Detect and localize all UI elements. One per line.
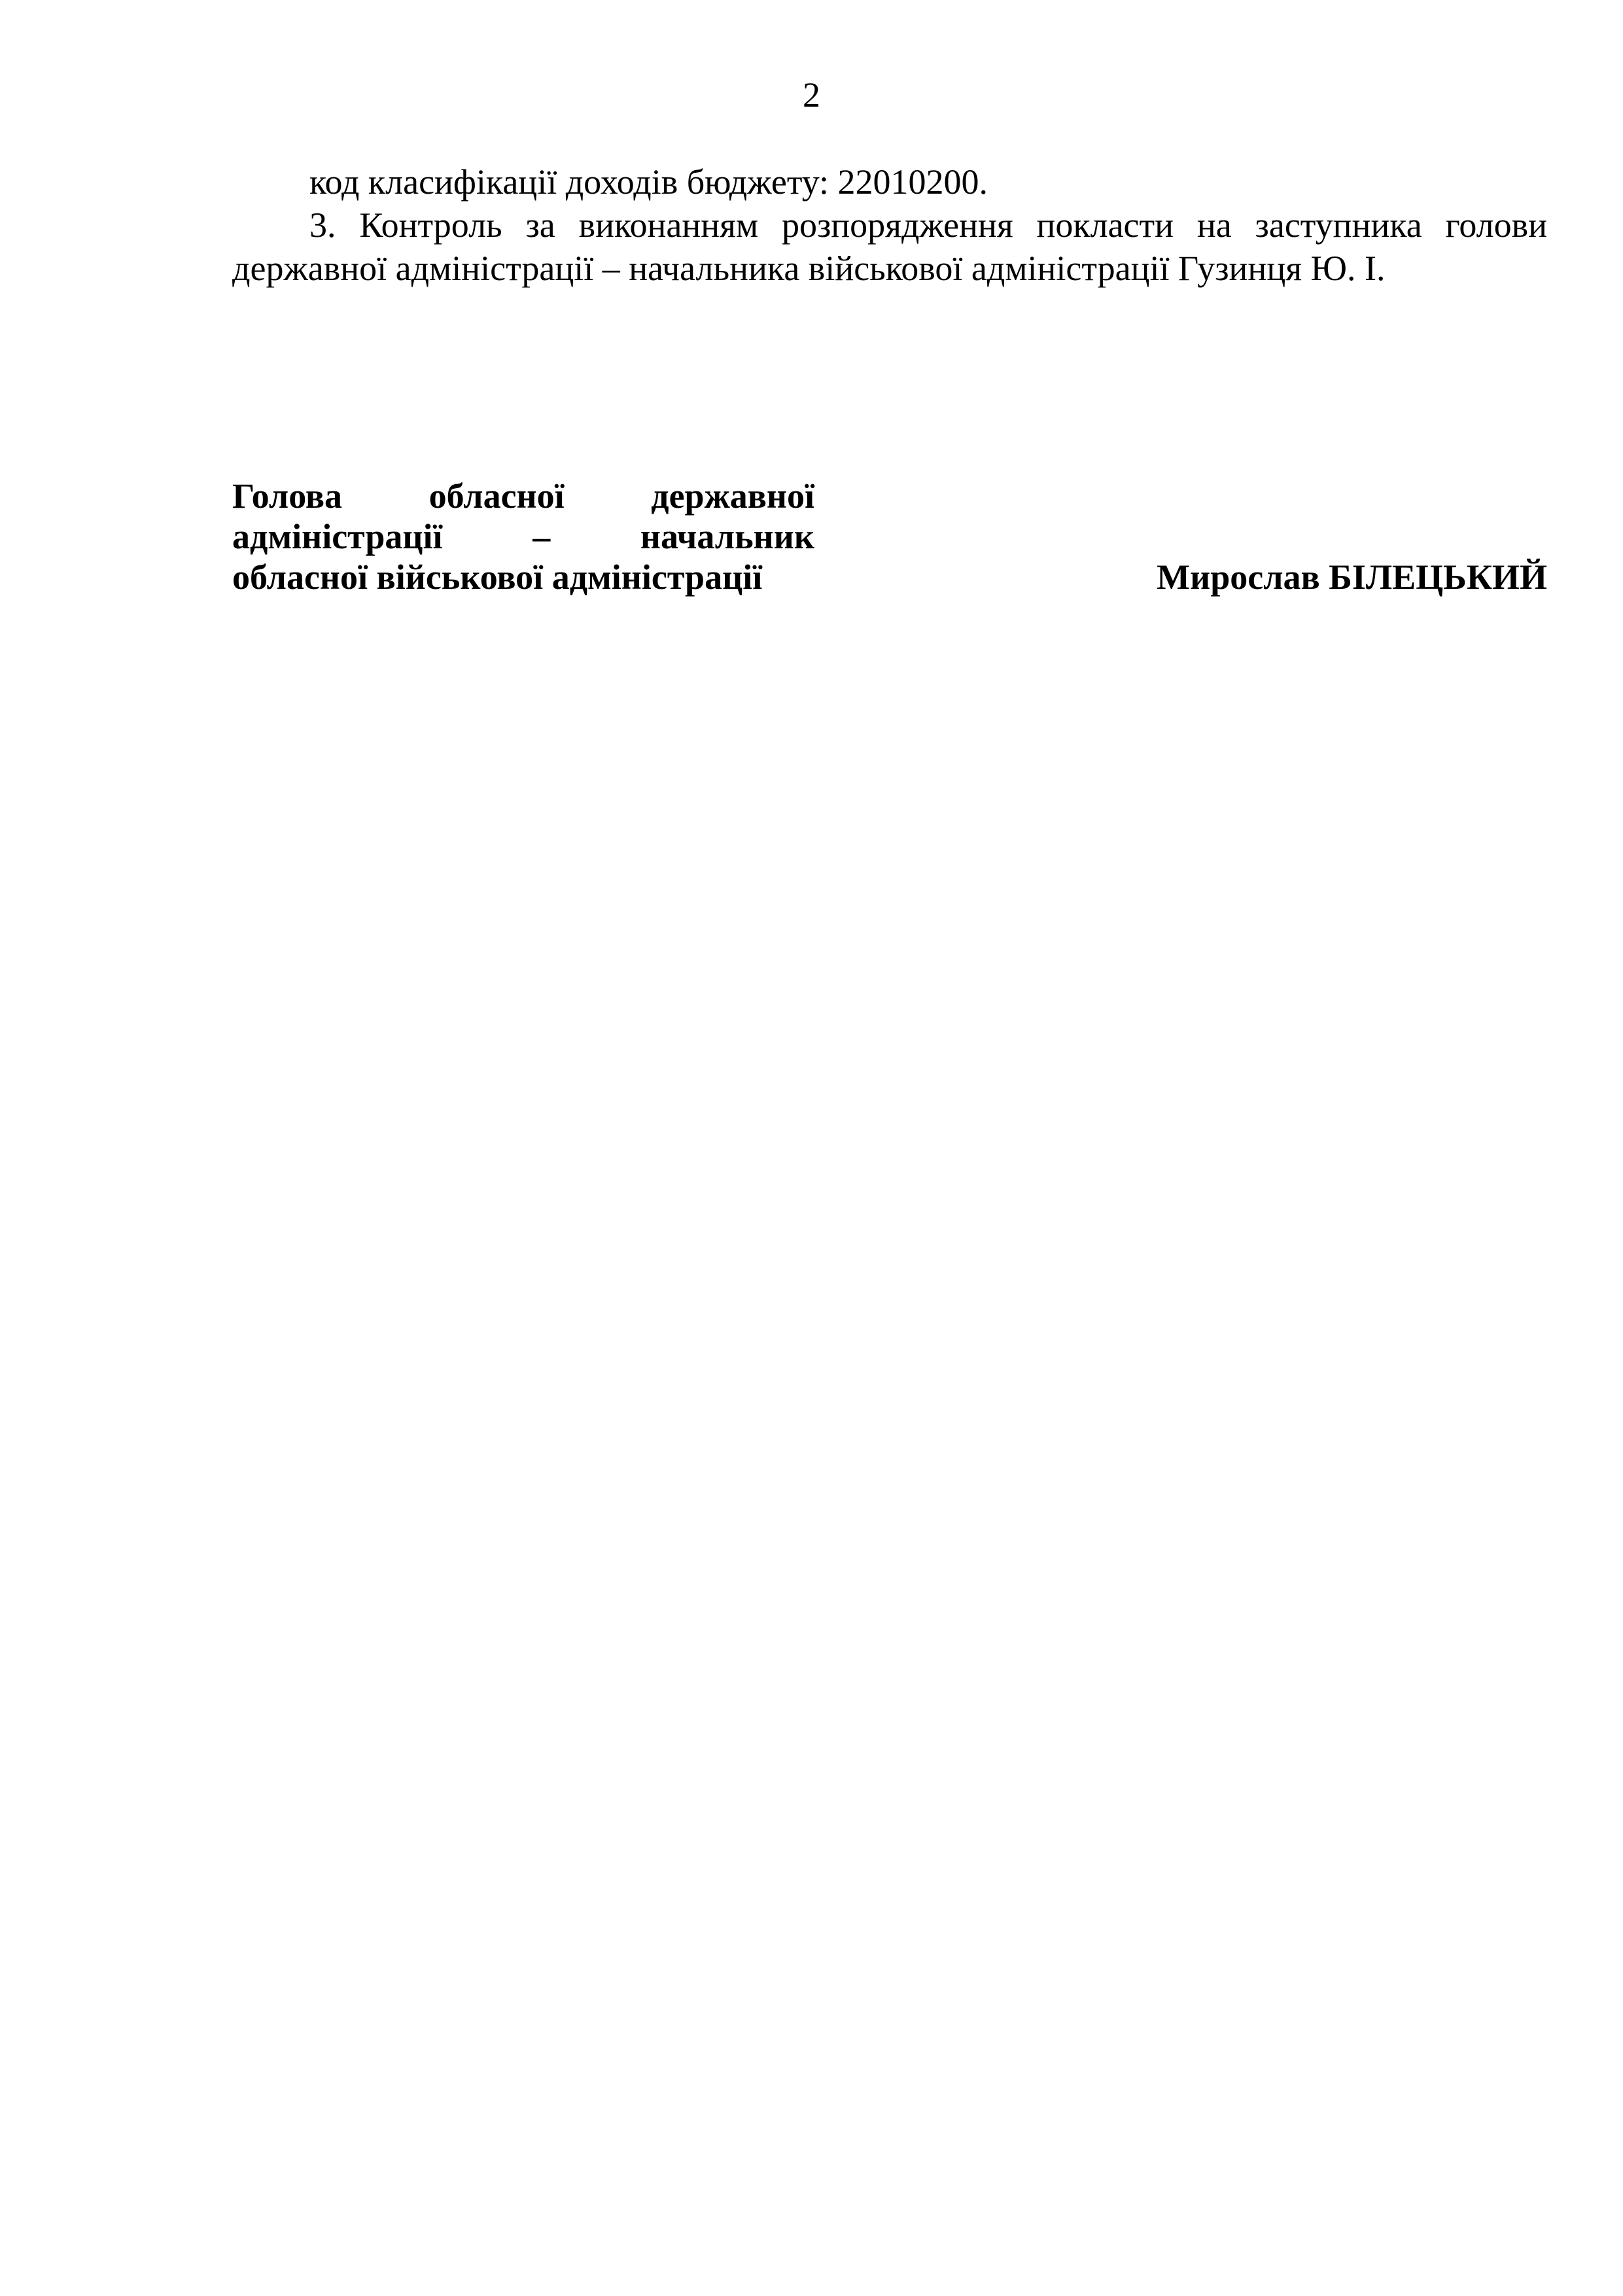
signatory-position-line-3: обласної військової адміністрації <box>232 557 814 597</box>
paragraph-control-clause: 3. Контроль за виконанням розпорядження … <box>232 203 1547 290</box>
paragraph-budget-code: код класифікації доходів бюджету: 220102… <box>232 160 1547 203</box>
signatory-position-line-2: адміністрації – начальник <box>232 516 814 557</box>
signature-block: Голова обласної державної адміністрації … <box>232 476 1547 597</box>
signatory-position-line-1: Голова обласної державної <box>232 476 814 516</box>
signatory-name: Мирослав БІЛЕЦЬКИЙ <box>1157 557 1547 597</box>
signatory-position: Голова обласної державної адміністрації … <box>232 476 814 597</box>
page-number: 2 <box>0 77 1623 113</box>
document-body: код класифікації доходів бюджету: 220102… <box>232 160 1547 290</box>
